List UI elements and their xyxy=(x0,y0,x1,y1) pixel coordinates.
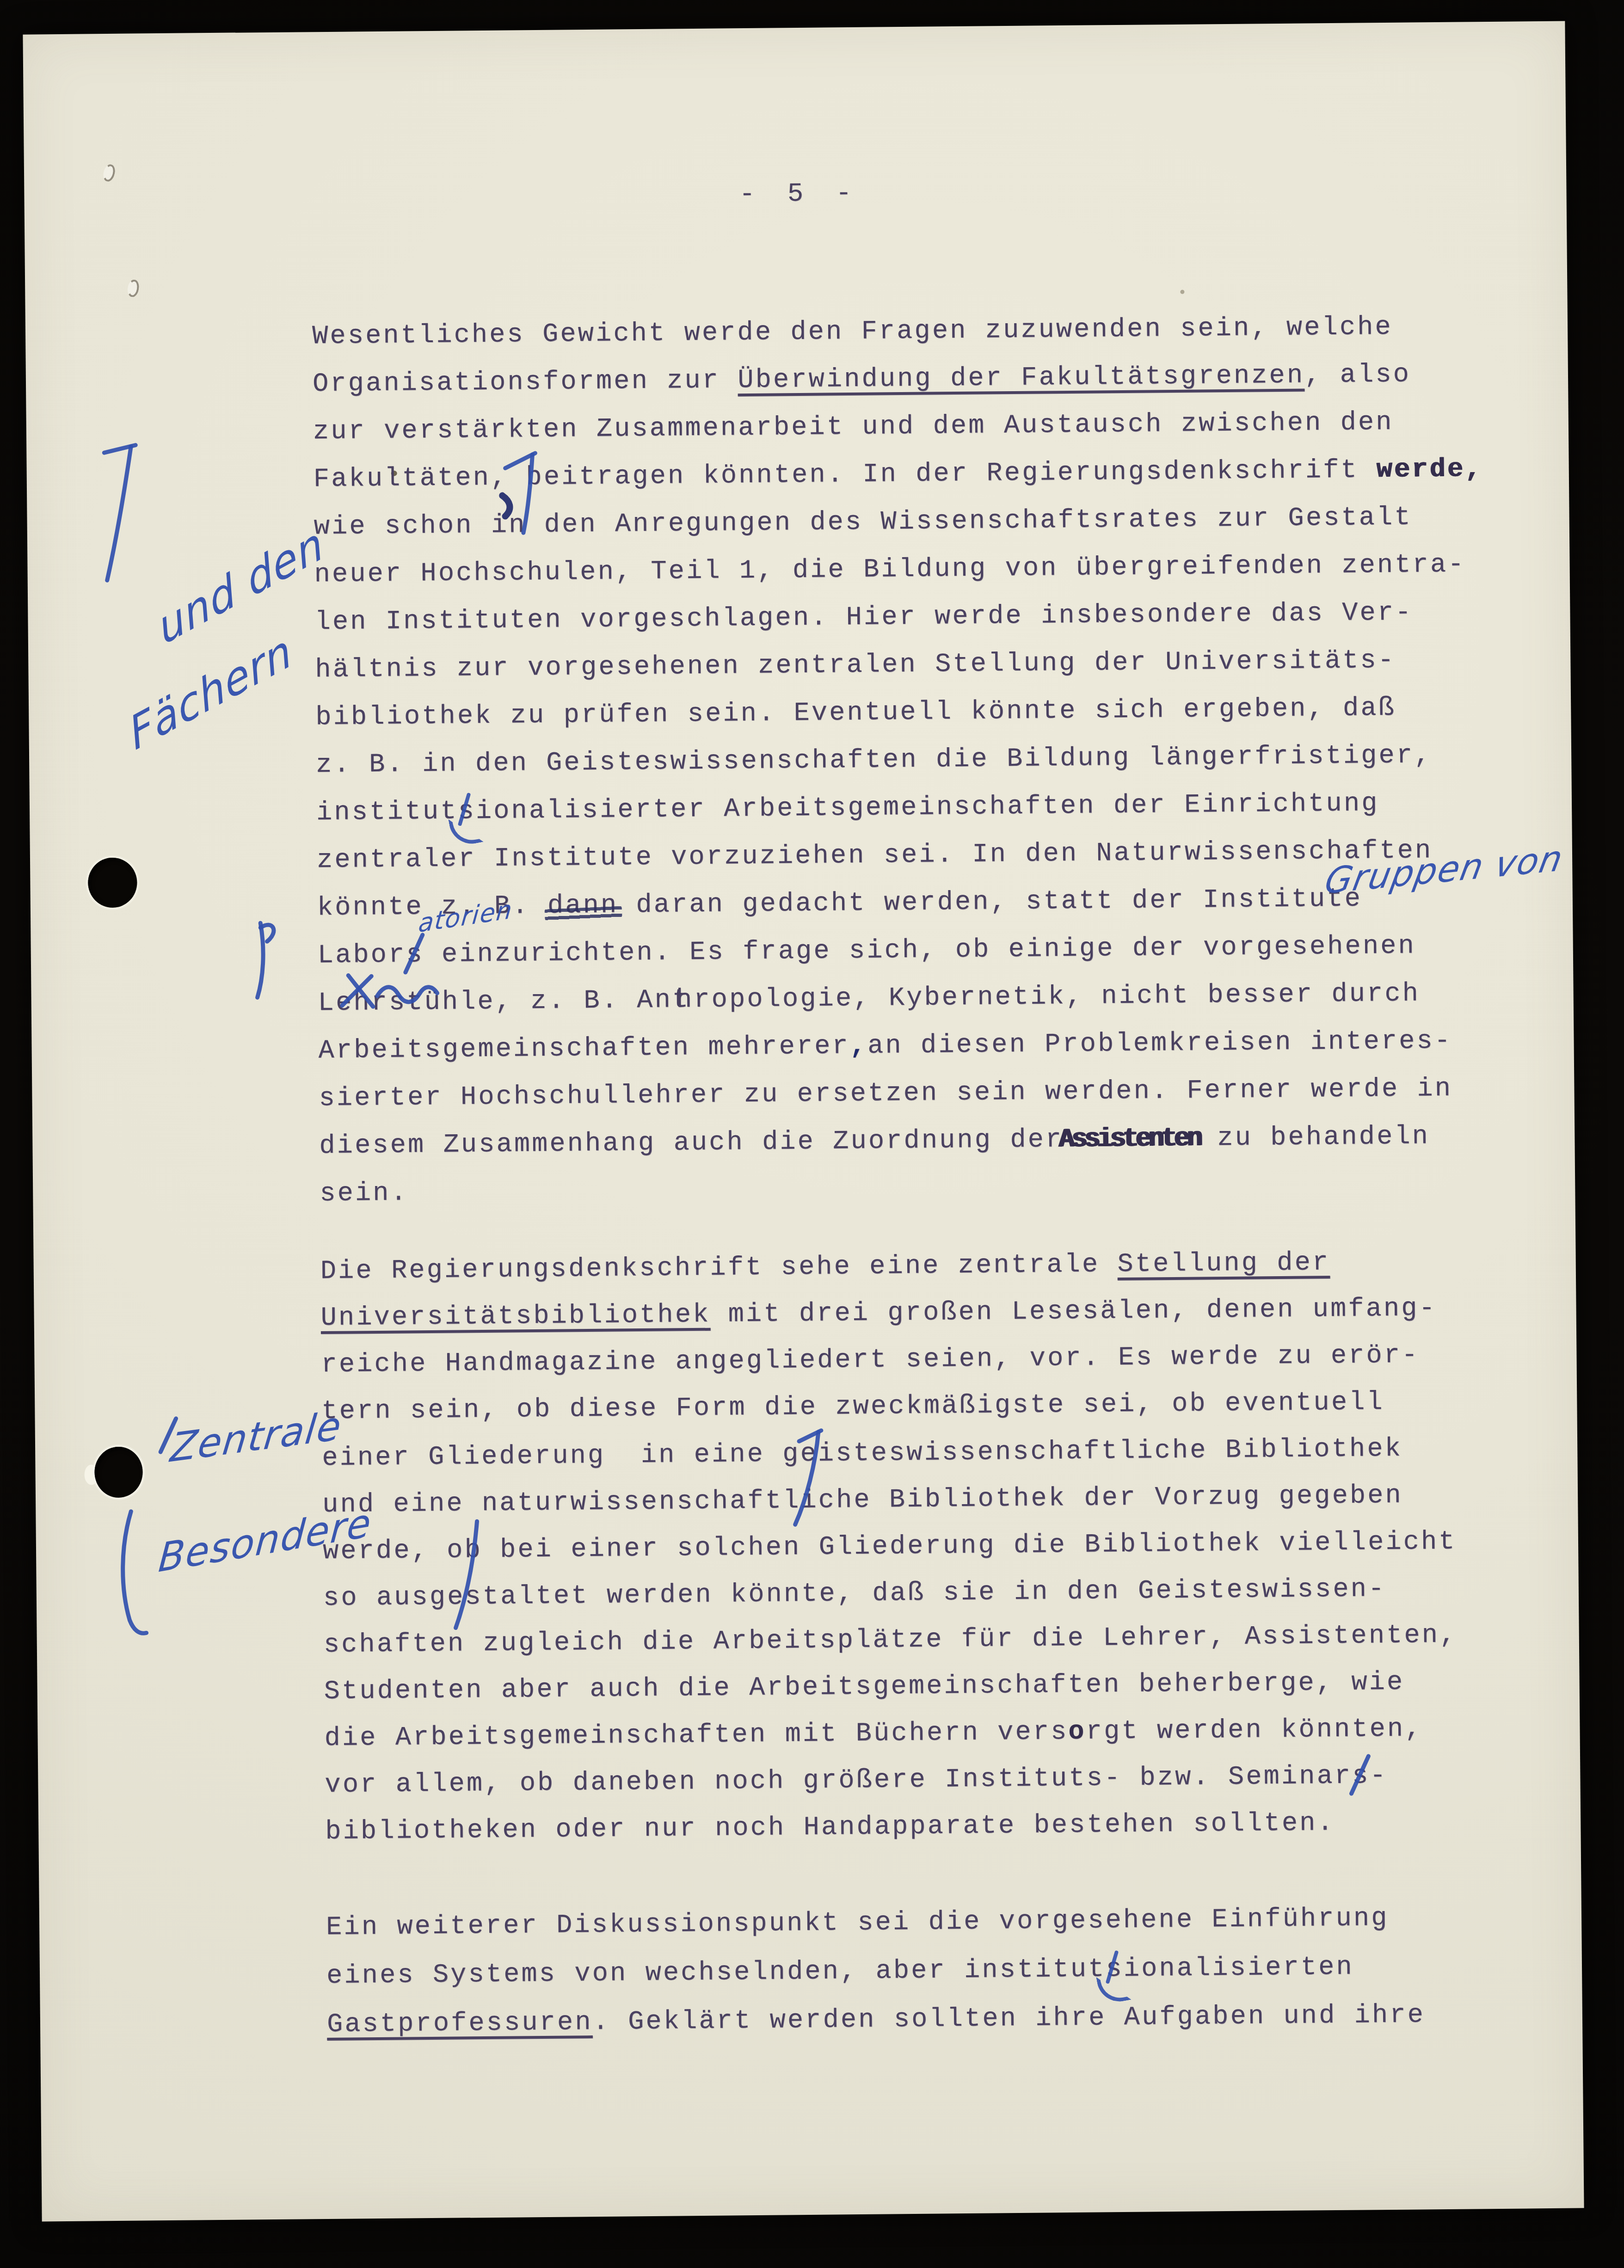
document-page: - 5 - Wesentliches Gewicht werde den Fra… xyxy=(23,21,1584,2222)
deletion-squiggle xyxy=(377,987,437,1002)
scanner-background: - 5 - Wesentliches Gewicht werde den Fra… xyxy=(0,0,1624,2268)
proof-mark-p-stem xyxy=(257,923,264,997)
insertion-mark-fakultaeten-stem xyxy=(523,455,533,533)
ink-correction-marks xyxy=(23,21,1584,2222)
caret-comma-fakultaeten xyxy=(502,495,510,516)
insertion-slash-1-stem xyxy=(794,1432,819,1524)
slash-zentrale xyxy=(160,1419,177,1452)
insertion-slash-2 xyxy=(455,1521,478,1628)
bracket-besondere xyxy=(123,1511,147,1633)
margin-insertion-sign-stem xyxy=(106,447,132,580)
